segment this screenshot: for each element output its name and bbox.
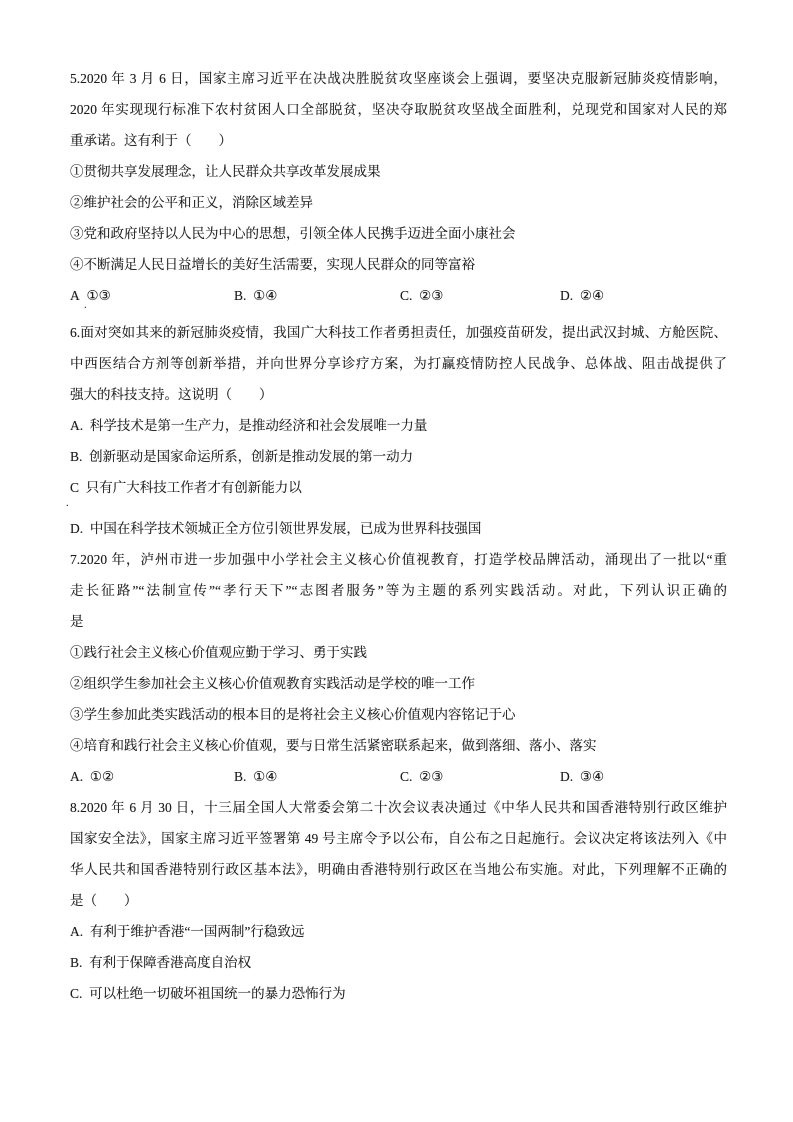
answer-choice-d: D. ③④ — [560, 761, 727, 792]
answer-choice-a: A ①③ — [70, 280, 234, 311]
question-7: 7.2020 年，泸州市进一步加强中小学社会主义核心价值视教育，打造学校品牌活动… — [70, 544, 727, 792]
scan-artifact-dot: . — [84, 300, 87, 311]
question-stem-line: 2020 年实现现行标准下农村贫困人口全部脱贫，坚决夺取脱贫攻坚战全面胜利，兑现… — [70, 94, 727, 125]
answer-option-c: C 只有广大科技工作者才有创新能力以 — [70, 472, 727, 503]
question-stem-line: 重承诺。这有利于（ ） — [70, 125, 727, 156]
question-stem-line: 8.2020 年 6 月 30 日，十三届全国人大常委会第二十次会议表决通过《中… — [70, 792, 727, 823]
question-5: 5.2020 年 3 月 6 日，国家主席习近平在决战决胜脱贫攻坚座谈会上强调，… — [70, 63, 727, 311]
document-page: 5.2020 年 3 月 6 日，国家主席习近平在决战决胜脱贫攻坚座谈会上强调，… — [0, 0, 793, 1122]
answer-choice-b: B. ①④ — [234, 280, 400, 311]
numbered-statement: ①贯彻共享发展理念，让人民群众共享改革发展成果 — [70, 156, 727, 187]
numbered-statement: ③学生参加此类实践活动的根本目的是将社会主义核心价值观内容铭记于心 — [70, 699, 727, 730]
numbered-statement: ④培育和践行社会主义核心价值观，要与日常生活紧密联系起来，做到落细、落小、落实 — [70, 730, 727, 761]
answer-choices-row: A ①③ B. ①④ C. ②③ D. ②④ — [70, 280, 727, 311]
numbered-statement: ①践行社会主义核心价值观应勤于学习、勇于实践 — [70, 637, 727, 668]
numbered-statement: ③党和政府坚持以人民为中心的思想，引领全体人民携手迈进全面小康社会 — [70, 218, 727, 249]
question-stem-line: 是 — [70, 606, 727, 637]
answer-option-b: B. 有利于保障香港高度自治权 — [70, 947, 727, 978]
question-stem-line: 6.面对突如其来的新冠肺炎疫情，我国广大科技工作者勇担责任，加强疫苗研发，提出武… — [70, 317, 727, 348]
answer-choice-c: C. ②③ — [400, 761, 560, 792]
question-8: 8.2020 年 6 月 30 日，十三届全国人大常委会第二十次会议表决通过《中… — [70, 792, 727, 1009]
answer-option-c: C. 可以杜绝一切破坏祖国统一的暴力恐怖行为 — [70, 978, 727, 1009]
question-stem-line: 7.2020 年，泸州市进一步加强中小学社会主义核心价值视教育，打造学校品牌活动… — [70, 544, 727, 575]
numbered-statement: ②组织学生参加社会主义核心价值观教育实践活动是学校的唯一工作 — [70, 668, 727, 699]
scan-artifact-dot: . — [66, 498, 69, 509]
question-stem-line: 5.2020 年 3 月 6 日，国家主席习近平在决战决胜脱贫攻坚座谈会上强调，… — [70, 63, 727, 94]
answer-option-d: D. 中国在科学技术领城正全方位引领世界发展，已成为世界科技强国 — [70, 513, 727, 544]
numbered-statement: ④不断满足人民日益增长的美好生活需要，实现人民群众的同等富裕 — [70, 249, 727, 280]
answer-choices-row: A. ①② B. ①④ C. ②③ D. ③④ — [70, 761, 727, 792]
question-stem-line: 强大的科技支持。这说明（ ） — [70, 379, 727, 410]
question-6: 6.面对突如其来的新冠肺炎疫情，我国广大科技工作者勇担责任，加强疫苗研发，提出武… — [70, 317, 727, 544]
question-stem-line: 中西医结合方剂等创新举措，并向世界分享诊疗方案，为打赢疫情防控人民战争、总体战、… — [70, 348, 727, 379]
question-stem-line: 是（ ） — [70, 885, 727, 916]
numbered-statement: ②维护社会的公平和正义，消除区域差异 — [70, 187, 727, 218]
answer-option-a: A. 有利于维护香港“一国两制”行稳致远 — [70, 916, 727, 947]
answer-choice-d: D. ②④ — [560, 280, 727, 311]
answer-choice-c: C. ②③ — [400, 280, 560, 311]
answer-choice-b: B. ①④ — [234, 761, 400, 792]
answer-choice-a: A. ①② — [70, 761, 234, 792]
question-stem-line: 华人民共和国香港特别行政区基本法》，明确由香港特别行政区在当地公布实施。对此，下… — [70, 854, 727, 885]
question-stem-line: 国家安全法》，国家主席习近平签署第 49 号主席令予以公布，自公布之日起施行。会… — [70, 823, 727, 854]
question-stem-line: 走长征路”“法制宣传”“孝行天下”“志图者服务”等为主题的系列实践活动。对此，下… — [70, 575, 727, 606]
answer-option-a: A. 科学技术是第一生产力，是推动经济和社会发展唯一力量 — [70, 410, 727, 441]
answer-option-b: B. 创新驱动是国家命运所系，创新是推动发展的第一动力 — [70, 441, 727, 472]
